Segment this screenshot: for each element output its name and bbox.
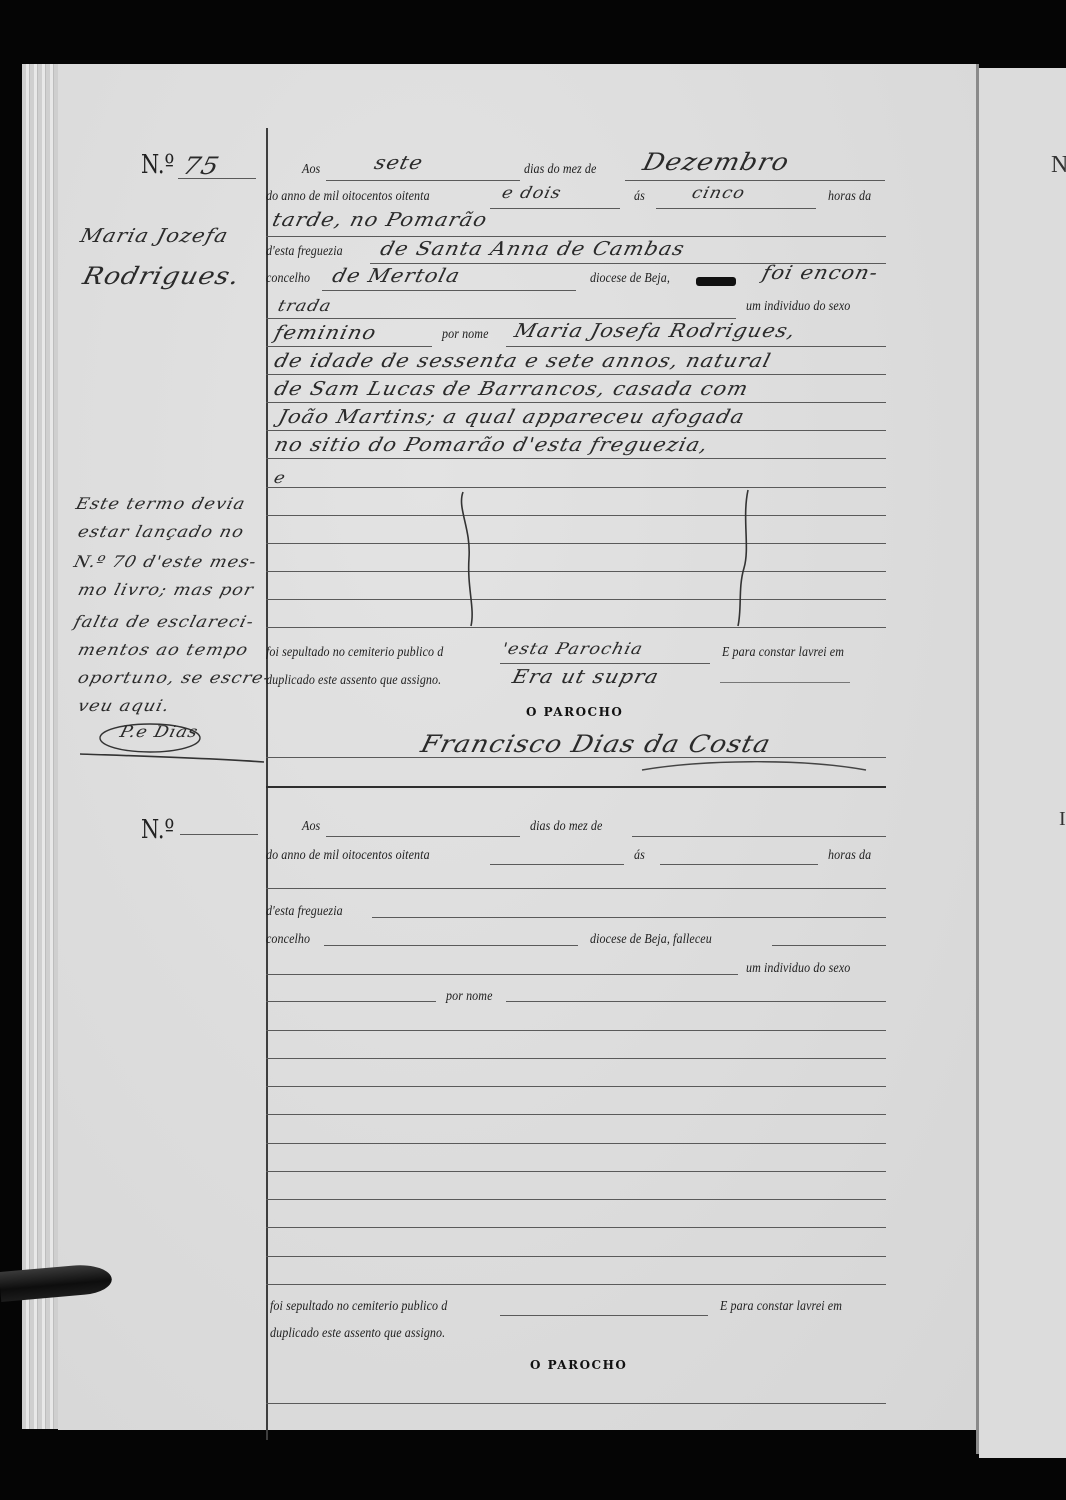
rule [266, 430, 886, 431]
entry2-anno-label: do anno de mil oitocentos oitenta [266, 848, 430, 864]
entry2-diocese-label: diocese de Beja, falleceu [590, 932, 712, 948]
entry2-number-label: N.º [141, 815, 174, 845]
entry-separator [266, 786, 886, 788]
time-place-value: tarde, no Pomarão [270, 209, 490, 231]
rule [266, 974, 738, 975]
rule [266, 627, 886, 628]
entry2-nome-label: por nome [446, 989, 493, 1005]
entry2-sepultado-label: foi sepultado no cemiterio publico d [270, 1299, 447, 1315]
rule [266, 346, 432, 347]
rule [266, 1256, 886, 1257]
entry2-individuo-label: um individuo do sexo [746, 961, 850, 977]
entry2-freguezia-label: d'esta freguezia [266, 904, 343, 920]
rule [266, 1171, 886, 1172]
margin-note-line-7: oportuno, se escre- [76, 668, 273, 687]
rule [266, 402, 886, 403]
rule [656, 208, 816, 209]
margin-note-line-8: veu aqui. [76, 696, 172, 715]
rule [266, 515, 886, 516]
margin-note-line-1: Este termo devia [74, 494, 248, 513]
constar-label: E para constar lavrei em [722, 645, 844, 661]
margin-rule [266, 128, 268, 1440]
entry2-horas-label: horas da [828, 848, 871, 864]
cancel-stroke-left [455, 488, 485, 628]
margin-note-line-6: mentos ao tempo [76, 640, 251, 659]
era-ut-supra: Era ut supra [510, 666, 662, 688]
entry2-constar-label: E para constar lavrei em [720, 1299, 842, 1315]
struck-word-falleceu [696, 277, 736, 286]
adjacent-page-glyph-top: N [1051, 152, 1066, 179]
rule [372, 917, 886, 918]
margin-note-line-3: N.º 70 d'este mes- [72, 552, 259, 571]
flourish-line [720, 682, 850, 683]
entry2-dias-label: dias do mez de [530, 819, 602, 835]
entry2-duplicado-label: duplicado este assento que assigno. [270, 1326, 445, 1342]
sexo-value: feminino [272, 322, 379, 344]
rule [632, 836, 886, 837]
body-line-4: no sitio do Pomarão d'esta freguezia, [272, 434, 711, 456]
dias-label: dias do mez de [524, 162, 596, 178]
rule [266, 1143, 886, 1144]
rule [500, 663, 710, 664]
hour-value: cinco [690, 183, 748, 202]
anno-label: do anno de mil oitocentos oitenta [266, 189, 430, 205]
priest-signature: Francisco Dias da Costa [418, 730, 774, 758]
rule [266, 1114, 886, 1115]
rule [266, 458, 886, 459]
rule [266, 374, 886, 375]
rule [266, 599, 886, 600]
rule [180, 834, 258, 835]
rule [625, 180, 885, 181]
rule [266, 571, 886, 572]
rule [266, 1199, 886, 1200]
rule [266, 1227, 886, 1228]
concelho-label: concelho [266, 271, 310, 287]
individuo-label: um individuo do sexo [746, 299, 850, 315]
margin-note-line-4: mo livro; mas por [76, 580, 256, 599]
cancel-stroke-right [728, 488, 758, 628]
horas-label: horas da [828, 189, 871, 205]
rule [266, 1058, 886, 1059]
rule [266, 543, 886, 544]
month-value: Dezembro [640, 148, 793, 176]
entry2-signature-rule [266, 1403, 886, 1404]
rule [266, 318, 736, 319]
rule [266, 1284, 886, 1285]
rule [490, 208, 620, 209]
adjacent-page: N I [979, 68, 1066, 1458]
verb-continuation: trada [276, 296, 334, 315]
rule [266, 487, 886, 488]
sepultado-label: foi sepultado no cemiterio publico d [266, 645, 443, 661]
year-suffix: e dois [500, 183, 564, 202]
body-line-3: João Martins; a qual appareceu afogada [276, 406, 747, 428]
margin-note-line-2: estar lançado no [76, 522, 247, 541]
verb-value: foi encon- [760, 262, 881, 284]
nome-value: Maria Josefa Rodrigues, [512, 320, 798, 342]
page-stack-edges [22, 64, 62, 1429]
as-label: ás [634, 189, 645, 205]
rule [326, 180, 520, 181]
cemiterio-value: 'esta Parochia [500, 639, 645, 658]
aos-label: Aos [302, 162, 320, 178]
entry2-parocho-label: O PAROCHO [530, 1358, 627, 1372]
rule [266, 236, 886, 237]
entry2-aos-label: Aos [302, 819, 320, 835]
entry2-concelho-label: concelho [266, 932, 310, 948]
margin-name-line1: Maria Jozefa [78, 225, 231, 247]
rule [506, 346, 886, 347]
freguezia-label: d'esta freguezia [266, 244, 343, 260]
margin-note-line-5: falta de esclareci- [72, 612, 256, 631]
entry2-as-label: ás [634, 848, 645, 864]
rule [322, 290, 576, 291]
body-line-2: de Sam Lucas de Barrancos, casada com [272, 378, 751, 400]
entry-number-label: N.º [141, 150, 174, 180]
rule [490, 864, 624, 865]
rule [326, 836, 520, 837]
rule [266, 1086, 886, 1087]
rule [500, 1315, 708, 1316]
diocese-label: diocese de Beja, [590, 271, 670, 287]
duplicado-label: duplicado este assento que assigno. [266, 673, 441, 689]
signature-flourish [640, 756, 870, 776]
rule [266, 1001, 436, 1002]
margin-name-line2: Rodrigues. [80, 262, 243, 290]
rule [772, 945, 886, 946]
body-line-1: de idade de sessenta e sete annos, natur… [272, 350, 774, 372]
nome-label: por nome [442, 327, 489, 343]
rule [266, 888, 886, 889]
rule [266, 1030, 886, 1031]
freguezia-value: de Santa Anna de Cambas [378, 238, 687, 260]
day-value: sete [372, 152, 426, 174]
rule [324, 945, 578, 946]
rule [178, 178, 256, 179]
parocho-label: O PAROCHO [526, 705, 623, 719]
rule [660, 864, 818, 865]
margin-note-underline [78, 750, 268, 764]
adjacent-page-glyph-mid: I [1059, 808, 1066, 831]
concelho-value: de Mertola [330, 265, 463, 287]
entry-number-value: 75 [180, 152, 223, 180]
rule [506, 1001, 886, 1002]
margin-note-initials: P.e Dias [118, 722, 201, 741]
